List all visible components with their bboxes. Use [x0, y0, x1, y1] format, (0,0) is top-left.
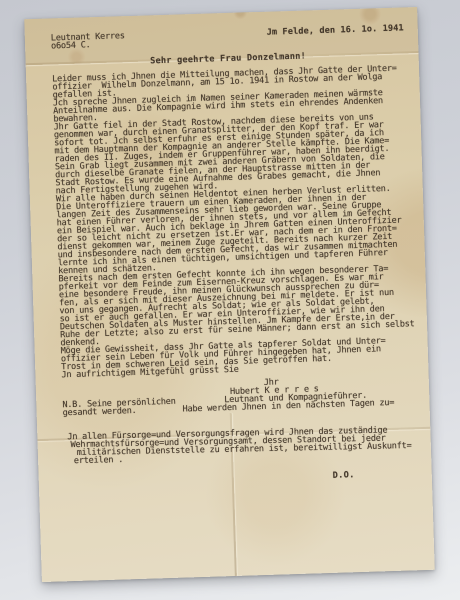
letter-header: Leutnant Kerres o6o54 C. Jm Felde, den 1…	[51, 23, 404, 50]
letter-paper: Leutnant Kerres o6o54 C. Jm Felde, den 1…	[24, 7, 434, 582]
sender-block: Leutnant Kerres o6o54 C.	[51, 32, 125, 50]
letter-body: Leider muss ich Jhnen die Mitteilung mac…	[52, 64, 414, 379]
sender-unit-number: o6o54 C.	[51, 40, 125, 50]
signature-block: Jhr Hubert K e r r e s N.B. Seine persön…	[62, 374, 416, 417]
dateline: Jm Felde, den 16. 1o. 1941	[267, 23, 404, 37]
postscript-continuation: gesandt werden.	[63, 407, 137, 417]
photo-background: Leutnant Kerres o6o54 C. Jm Felde, den 1…	[0, 0, 460, 600]
closing-mark: D.O.	[65, 468, 418, 489]
letter-content: Leutnant Kerres o6o54 C. Jm Felde, den 1…	[51, 23, 418, 489]
supply-office-note: Jn allen Fürsorge=und Versorgungsfragen …	[63, 426, 417, 465]
